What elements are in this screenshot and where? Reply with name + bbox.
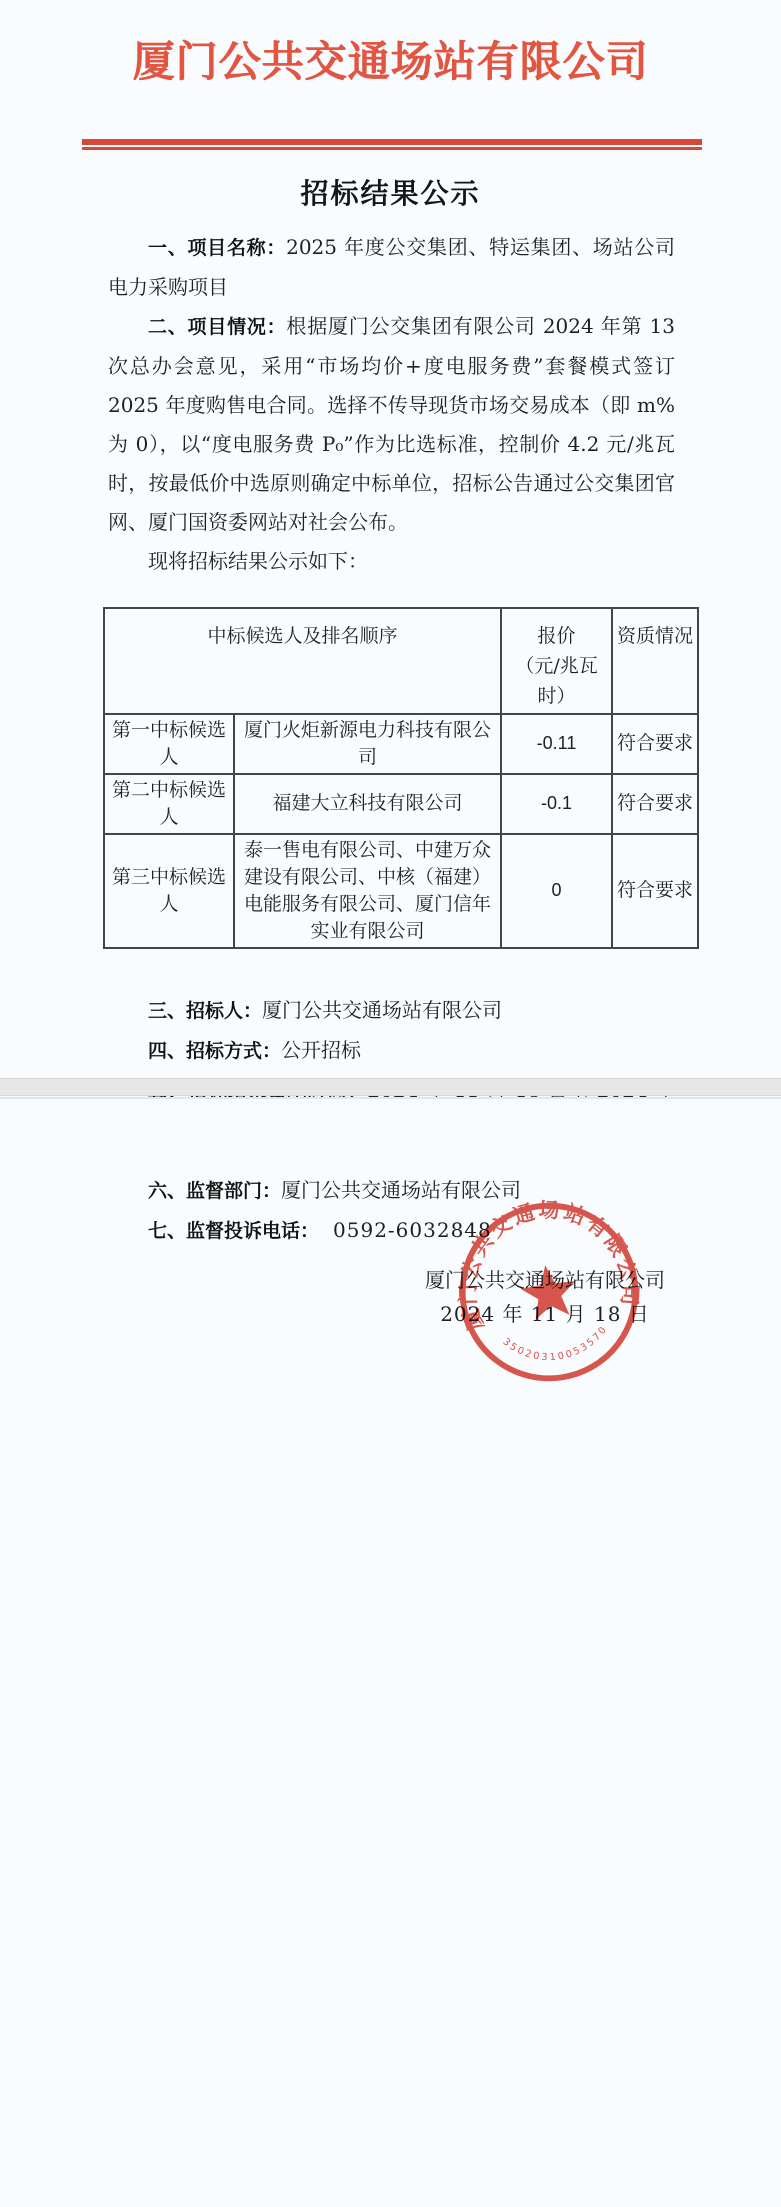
project-situation-label: 二、项目情况： bbox=[148, 317, 286, 338]
candidate-company: 泰一售电有限公司、中建万众建设有限公司、中核（福建）电能服务有限公司、厦门信年实… bbox=[234, 834, 501, 948]
page-separator bbox=[0, 1078, 781, 1096]
tenderer-label: 三、招标人： bbox=[148, 1001, 262, 1022]
header-qualification: 资质情况 bbox=[612, 608, 698, 714]
candidate-price: -0.1 bbox=[501, 774, 612, 834]
tenderer-value: 厦门公共交通场站有限公司 bbox=[262, 998, 502, 1022]
header-price-line1: 报价 bbox=[506, 621, 607, 651]
paragraph-tender-method: 四、招标方式：公开招标 bbox=[108, 1031, 675, 1071]
project-situation-value: 根据厦门公交集团有限公司 2024 年第 13 次总办会意见，采用“市场均价+度… bbox=[108, 314, 675, 534]
paragraph-project-name: 一、项目名称：2025 年度公交集团、特运集团、场站公司电力采购项目 bbox=[108, 228, 675, 307]
table-row: 第二中标候选人 福建大立科技有限公司 -0.1 符合要求 bbox=[104, 774, 698, 834]
candidate-price: 0 bbox=[501, 834, 612, 948]
bid-result-table: 中标候选人及排名顺序 报价 （元/兆瓦时） 资质情况 第一中标候选人 厦门火炬新… bbox=[103, 607, 699, 949]
candidate-qualification: 符合要求 bbox=[612, 714, 698, 774]
stamp-star-icon bbox=[518, 1261, 580, 1321]
letterhead-divider-line bbox=[82, 139, 702, 150]
supervision-dept-label: 六、监督部门： bbox=[148, 1181, 281, 1202]
paragraph-project-situation: 二、项目情况：根据厦门公交集团有限公司 2024 年第 13 次总办会意见，采用… bbox=[108, 307, 675, 542]
table-header-row: 中标候选人及排名顺序 报价 （元/兆瓦时） 资质情况 bbox=[104, 608, 698, 714]
paragraph-result-intro: 现将招标结果公示如下： bbox=[108, 542, 675, 581]
candidate-price: -0.11 bbox=[501, 714, 612, 774]
header-price: 报价 （元/兆瓦时） bbox=[501, 608, 612, 714]
tender-method-label: 四、招标方式： bbox=[148, 1041, 281, 1062]
tender-method-value: 公开招标 bbox=[281, 1038, 361, 1062]
stamp-company-text: 厦门公共交通场站有限公司 bbox=[452, 1195, 646, 1335]
svg-text:厦门公共交通场站有限公司: 厦门公共交通场站有限公司 bbox=[452, 1195, 646, 1335]
candidate-rank: 第三中标候选人 bbox=[104, 834, 234, 948]
candidate-qualification: 符合要求 bbox=[612, 834, 698, 948]
table-row: 第一中标候选人 厦门火炬新源电力科技有限公司 -0.11 符合要求 bbox=[104, 714, 698, 774]
candidate-rank: 第二中标候选人 bbox=[104, 774, 234, 834]
candidate-company: 福建大立科技有限公司 bbox=[234, 774, 501, 834]
company-seal-stamp: 厦门公共交通场站有限公司 35020310053570 bbox=[452, 1195, 646, 1389]
document-title: 招标结果公示 bbox=[0, 172, 781, 212]
document-page-1: 厦门公共交通场站有限公司 招标结果公示 一、项目名称：2025 年度公交集团、特… bbox=[0, 0, 781, 1078]
letterhead-company-name: 厦门公共交通场站有限公司 bbox=[0, 0, 781, 91]
table-row: 第三中标候选人 泰一售电有限公司、中建万众建设有限公司、中核（福建）电能服务有限… bbox=[104, 834, 698, 948]
complaint-phone-label: 七、监督投诉电话： bbox=[148, 1221, 319, 1242]
document-page-2: 六、监督部门：厦门公共交通场站有限公司 七、监督投诉电话：0592-603284… bbox=[0, 1097, 781, 2207]
candidate-company: 厦门火炬新源电力科技有限公司 bbox=[234, 714, 501, 774]
candidate-qualification: 符合要求 bbox=[612, 774, 698, 834]
candidate-rank: 第一中标候选人 bbox=[104, 714, 234, 774]
paragraph-tenderer: 三、招标人：厦门公共交通场站有限公司 bbox=[108, 991, 675, 1031]
header-candidate: 中标候选人及排名顺序 bbox=[104, 608, 501, 714]
header-price-line2: （元/兆瓦时） bbox=[506, 651, 607, 711]
project-name-label: 一、项目名称： bbox=[148, 238, 286, 259]
